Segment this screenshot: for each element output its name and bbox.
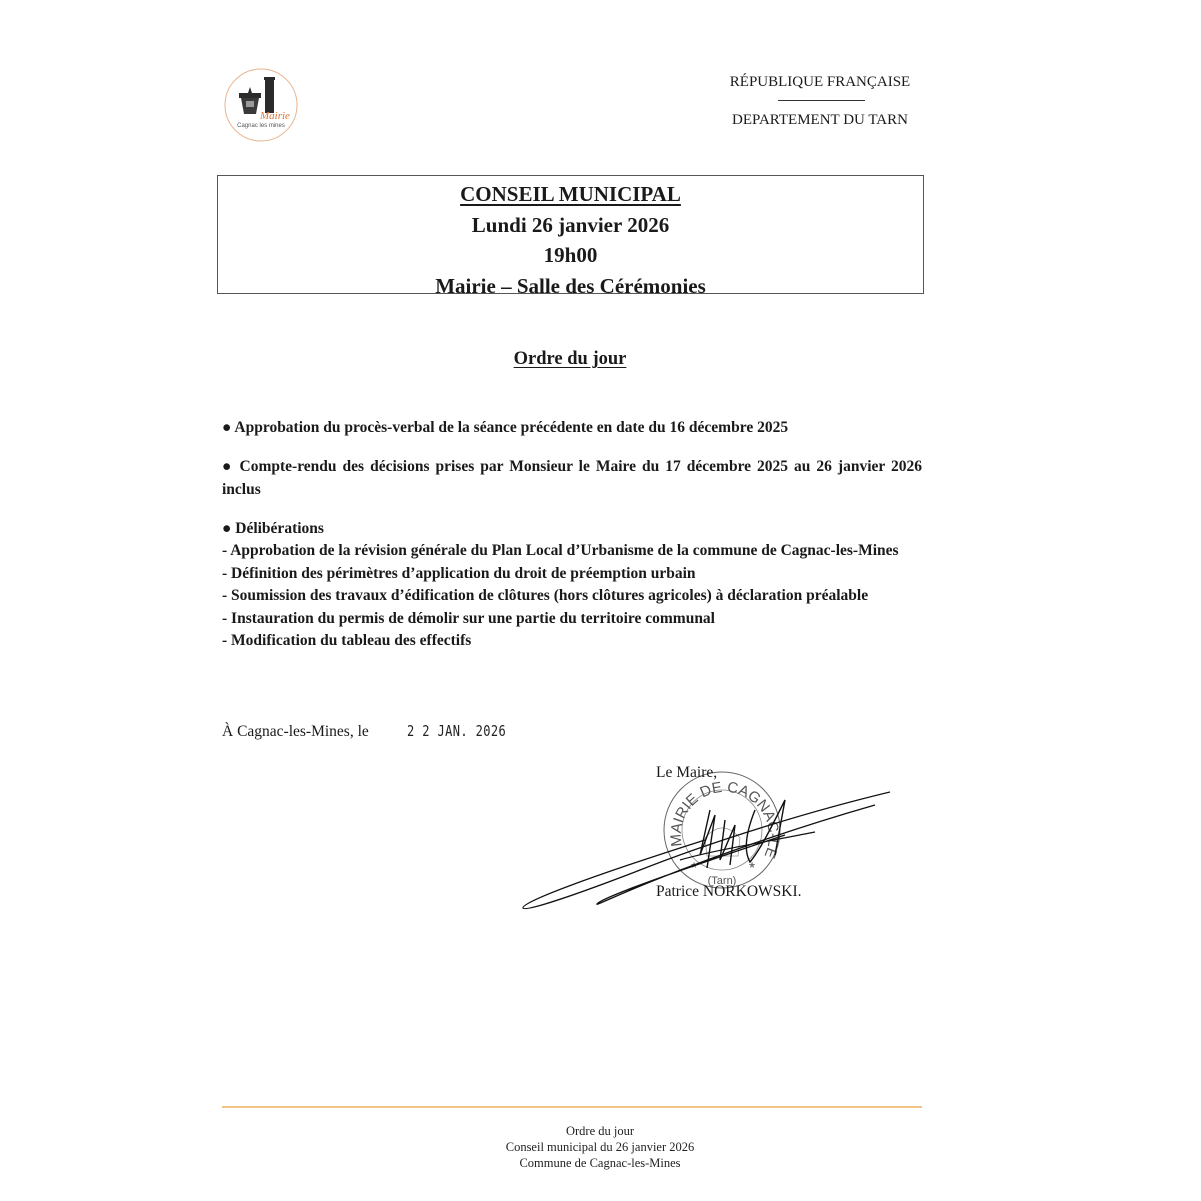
republic-label: RÉPUBLIQUE FRANÇAISE — [700, 74, 940, 91]
page-footer: Ordre du jour Conseil municipal du 26 ja… — [380, 1123, 820, 1171]
agenda-item: ● Approbation du procès-verbal de la séa… — [222, 417, 922, 440]
footer-divider — [222, 1106, 922, 1108]
signature-scribble-icon — [515, 780, 905, 915]
deliberation-item: - Définition des périmètres d’applicatio… — [222, 563, 922, 586]
mine-headframe-logo-icon: Mairie Cagnac les mines — [222, 67, 300, 143]
meeting-location: Mairie – Salle des Cérémonies — [218, 271, 923, 302]
stamped-date: 2 2 JAN. 2026 — [407, 722, 506, 740]
footer-line: Conseil municipal du 26 janvier 2026 — [380, 1139, 820, 1155]
meeting-time: 19h00 — [218, 240, 923, 271]
department-label: DEPARTEMENT DU TARN — [700, 112, 940, 129]
footer-line: Commune de Cagnac-les-Mines — [380, 1155, 820, 1171]
deliberation-item: - Modification du tableau des effectifs — [222, 630, 922, 653]
town-logo: Mairie Cagnac les mines — [222, 67, 300, 143]
signature-place: À Cagnac-les-Mines, le — [222, 723, 369, 741]
meeting-title: CONSEIL MUNICIPAL — [218, 179, 923, 210]
bullet-icon: ● — [222, 520, 231, 537]
bullet-icon: ● — [222, 458, 234, 475]
svg-text:Mairie: Mairie — [259, 110, 290, 122]
deliberations-heading: ● Délibérations — [222, 518, 922, 541]
meeting-date: Lundi 26 janvier 2026 — [218, 210, 923, 241]
deliberation-item: - Soumission des travaux d’édification d… — [222, 585, 922, 608]
agenda-list: ● Approbation du procès-verbal de la séa… — [222, 417, 922, 653]
agenda-item: ● Compte-rendu des décisions prises par … — [222, 456, 922, 501]
deliberation-item: - Approbation de la révision générale du… — [222, 540, 922, 563]
agenda-heading: Ordre du jour — [400, 349, 740, 370]
handwritten-signature — [515, 780, 905, 915]
meeting-title-box: CONSEIL MUNICIPAL Lundi 26 janvier 2026 … — [217, 175, 924, 294]
footer-line: Ordre du jour — [380, 1123, 820, 1139]
svg-text:Cagnac les mines: Cagnac les mines — [237, 123, 285, 129]
bullet-icon: ● — [222, 419, 231, 436]
deliberation-item: - Instauration du permis de démolir sur … — [222, 608, 922, 631]
header-divider — [778, 100, 865, 101]
